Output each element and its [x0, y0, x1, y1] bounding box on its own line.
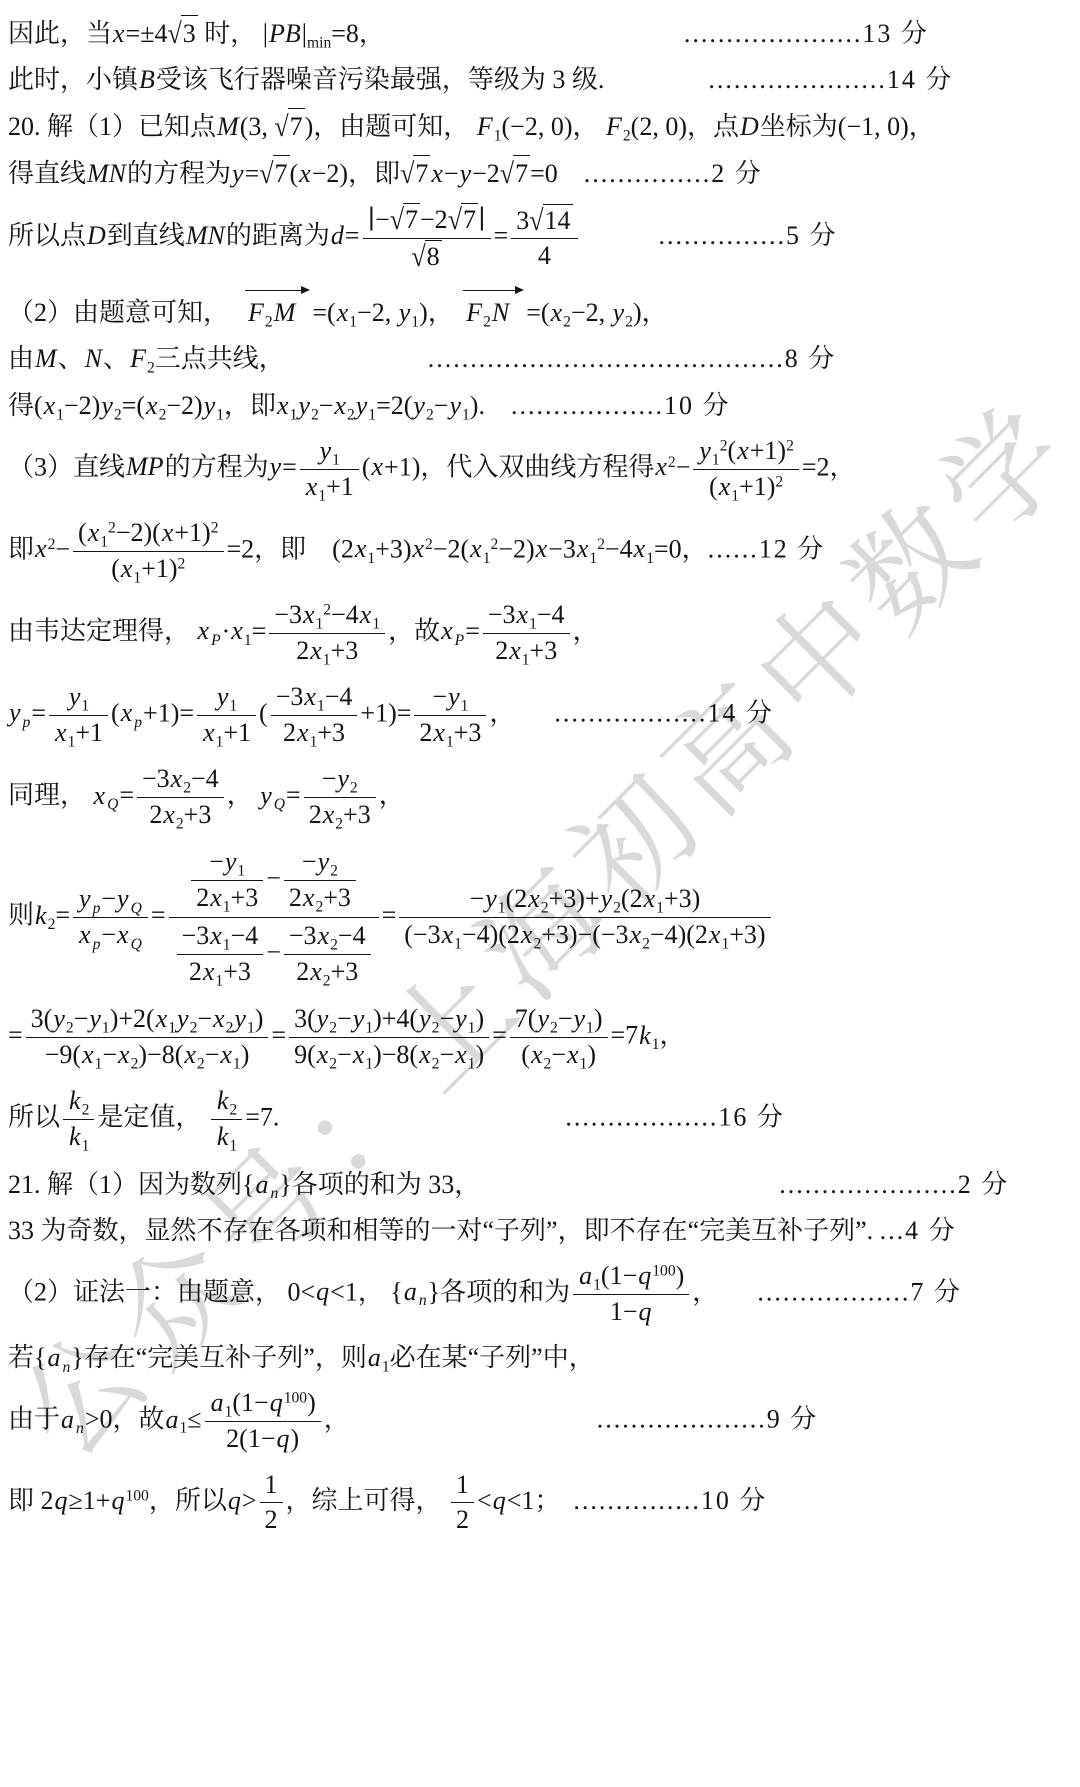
sqrt-radical: √7: [259, 155, 289, 191]
fraction: −y12x1+3: [414, 680, 486, 751]
sqrt-radical: √7: [400, 155, 430, 191]
math-line-7: 由M、N、F2三点共线， ...........................…: [8, 341, 1066, 376]
score-marker: ...............5 分: [659, 221, 838, 250]
fraction: 3(y2−y1)+2(x1y2−x2y1)−9(x1−x2)−8(x2−x1): [26, 1002, 269, 1073]
math-line-3: 20. 解（1）已知点M(3, √7)，由题可知， F1(−2, 0)， F2(…: [8, 108, 1066, 144]
math-line-17: 21. 解（1）因为数列{an}各项的和为 33， ..............…: [8, 1167, 1066, 1202]
fraction: −3x1−42x1+3: [177, 919, 264, 990]
math-line-15: =3(y2−y1)+2(x1y2−x2y1)−9(x1−x2)−8(x2−x1)…: [8, 1002, 1066, 1073]
math-line-11: 由韦达定理得， xP·x1=−3x12−4x12x1+3，故xP=−3x1−42…: [8, 598, 1066, 669]
fraction: y12(x+1)2(x1+1)2: [693, 434, 798, 505]
score-marker: ...............10 分: [573, 1486, 767, 1515]
fraction: −y22x2+3: [304, 762, 376, 833]
fraction: −3x2−42x2+3: [284, 919, 371, 990]
score-marker: ...4 分: [880, 1216, 957, 1245]
score-marker: .....................13 分: [684, 19, 929, 48]
sqrt-radical: √14: [529, 204, 572, 238]
fraction: 12: [260, 1468, 283, 1538]
math-line-21: 由于an>0，故a1≤a1(1−q100)2(1−q)， ...........…: [8, 1386, 1066, 1457]
sqrt-radical: √7: [500, 155, 530, 191]
fraction: yp−yQxp−xQ: [73, 882, 148, 953]
math-line-14: 则k2=yp−yQxp−xQ=−y12x1+3−−y22x2+3−3x1−42x…: [8, 844, 1066, 991]
fraction: −3x1−42x1+3: [483, 598, 570, 669]
math-line-12: yp=y1x1+1(xp+1)=y1x1+1(−3x1−42x1+3+1)=−y…: [8, 680, 1066, 751]
score-marker: ..................10 分: [511, 391, 731, 420]
math-line-20: 若{an}存在“完美互补子列”，则a1必在某“子列”中，: [8, 1340, 1066, 1375]
sqrt-radical: √3: [168, 15, 198, 51]
solution-document: 公众号：上海初高中数学 因此，当x=±4√3 时， |PB|min=8， ...…: [0, 0, 1080, 1553]
document-page: { "page": { "width": 1080, "height": 178…: [0, 0, 1080, 1787]
math-line-4: 得直线MN的方程为y=√7(x−2)，即√7x−y−2√7=0 ........…: [8, 155, 1066, 191]
math-line-8: 得(x1−2)y2=(x2−2)y1，即x1y2−x2y1=2(y2−y1). …: [8, 388, 1066, 423]
fraction: −3x12−4x12x1+3: [269, 598, 385, 669]
sqrt-radical: √7: [390, 203, 420, 237]
score-marker: .....................2 分: [779, 1170, 1009, 1199]
score-marker: .....................14 分: [708, 65, 953, 94]
fraction: −3x2−42x2+3: [137, 762, 224, 833]
fraction: 12: [451, 1468, 474, 1538]
math-line-19: （2）证法一：由题意， 0<q<1， {an}各项的和为a1(1−q100)1−…: [8, 1259, 1066, 1330]
fraction: 7(y2−y1)(x2−x1): [510, 1002, 608, 1073]
math-line-5: 所以点D到直线MN的距离为d=∣−√7−2√7∣√8=3√144 .......…: [8, 202, 1066, 274]
fraction: k2k1: [63, 1084, 94, 1155]
vector-arrow-overline: F2M: [244, 285, 310, 330]
fraction: −y1(2x2+3)+y2(2x1+3)(−3x1−4)(2x2+3)−(−3x…: [399, 882, 770, 953]
fraction: a1(1−q100)2(1−q): [205, 1386, 321, 1457]
math-line-16: 所以k2k1是定值， k2k1=7. ..................16 …: [8, 1084, 1066, 1155]
math-line-1: 因此，当x=±4√3 时， |PB|min=8， ...............…: [8, 15, 1066, 51]
score-marker: ..................16 分: [565, 1103, 785, 1132]
fraction: k2k1: [211, 1084, 242, 1155]
math-line-10: 即x2−(x12−2)(x+1)2(x1+1)2=2，即 (2x1+3)x2−2…: [8, 516, 1066, 587]
score-marker: ....................9 分: [597, 1405, 819, 1434]
fraction: y1x1+1: [49, 680, 108, 751]
math-line-18: 33 为奇数，显然不存在各项和相等的一对“子列”，即不存在“完美互补子列”. .…: [8, 1213, 1066, 1248]
fraction: −3x1−42x1+3: [271, 680, 358, 751]
score-marker: ......12 分: [708, 534, 826, 563]
fraction: −y12x1+3−−y22x2+3−3x1−42x1+3−−3x2−42x2+3: [169, 844, 379, 991]
sqrt-radical: √7: [448, 203, 478, 237]
math-line-22: 即 2q≥1+q100，所以q>12，综上可得， 12<q<1； .......…: [8, 1468, 1066, 1538]
math-line-6: （2）由题意可知， F2M=(x1−2, y1)， F2N=(x2−2, y2)…: [8, 285, 1066, 330]
fraction: −y22x2+3: [284, 845, 356, 916]
fraction: −y12x1+3: [191, 845, 263, 916]
fraction: a1(1−q100)1−q: [573, 1259, 689, 1330]
math-line-9: （3）直线MP的方程为y=y1x1+1(x+1)，代入双曲线方程得x2−y12(…: [8, 434, 1066, 505]
vector-arrow-overline: F2N: [462, 285, 524, 330]
solution-lines: 因此，当x=±4√3 时， |PB|min=8， ...............…: [8, 15, 1066, 1538]
score-marker: ........................................…: [428, 344, 837, 373]
score-marker: ...............2 分: [584, 159, 763, 188]
sqrt-radical: √8: [411, 240, 441, 274]
math-line-13: 同理， xQ=−3x2−42x2+3， yQ=−y22x2+3，: [8, 762, 1066, 833]
fraction: y1x1+1: [197, 680, 256, 751]
sqrt-radical: √7: [274, 108, 304, 144]
score-marker: ..................14 分: [554, 698, 774, 727]
fraction: ∣−√7−2√7∣√8: [363, 202, 491, 274]
fraction: 3√144: [511, 203, 577, 274]
fraction: y1x1+1: [300, 434, 359, 505]
fraction: 3(y2−y1)+4(y2−y1)9(x2−x1)−8(x2−x1): [289, 1002, 489, 1073]
score-marker: ..................7 分: [757, 1277, 962, 1306]
fraction: (x12−2)(x+1)2(x1+1)2: [73, 516, 223, 587]
math-line-2: 此时，小镇B受该飞行器噪音污染最强，等级为 3 级. .............…: [8, 62, 1066, 97]
